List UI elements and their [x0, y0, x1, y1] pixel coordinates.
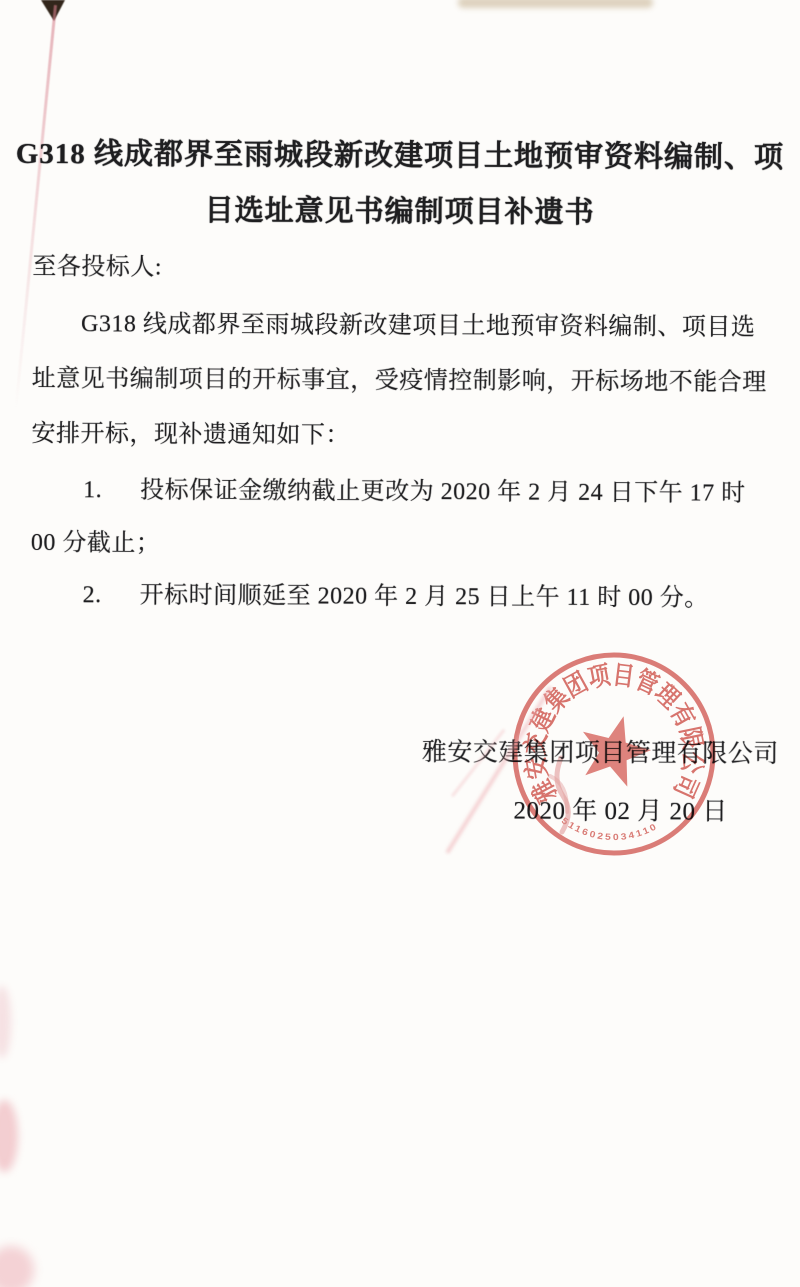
list-item-2: 2.开标时间顺延至 2020 年 2 月 25 日上午 11 时 00 分。 — [83, 574, 709, 612]
scanned-document-page: G318 线成都界至雨城段新改建项目土地预审资料编制、项 目选址意见书编制项目补… — [0, 0, 800, 1287]
list-item-2-number: 2. — [83, 582, 102, 608]
paragraph-line-3: 安排开标，现补遗通知如下： — [31, 413, 350, 450]
list-item-1-text: 投标保证金缴纳截止更改为 2020 年 2 月 24 日下午 17 时 — [140, 478, 746, 507]
seal-serial-holder: 5116025034110 — [560, 815, 660, 842]
list-item-1: 1.投标保证金缴纳截止更改为 2020 年 2 月 24 日下午 17 时 — [83, 469, 746, 507]
red-star-icon — [583, 716, 651, 786]
company-seal-stamp: 雅安交建集团项目管理有限公司 5116025034110 — [506, 646, 720, 860]
list-item-1-number: 1. — [83, 477, 102, 503]
document-content: G318 线成都界至雨城段新改建项目土地预审资料编制、项 目选址意见书编制项目补… — [0, 0, 800, 1287]
document-title-line-2: 目选址意见书编制项目补遗书 — [0, 187, 800, 232]
list-item-1-continued: 00 分截止； — [31, 522, 161, 558]
list-item-2-text: 开标时间顺延至 2020 年 2 月 25 日上午 11 时 00 分。 — [140, 583, 709, 612]
salutation: 至各投标人: — [32, 246, 162, 282]
document-title-line-1: G318 线成都界至雨城段新改建项目土地预审资料编制、项 — [0, 131, 800, 176]
paragraph-line-1: G318 线成都界至雨城段新改建项目土地预审资料编制、项目选 — [81, 303, 756, 342]
seal-graphic: 雅安交建集团项目管理有限公司 5116025034110 — [506, 646, 720, 860]
seal-serial-number: 5116025034110 — [560, 815, 660, 842]
paragraph-line-2: 址意见书编制项目的开标事宜，受疫情控制影响，开标场地不能合理 — [32, 358, 767, 397]
